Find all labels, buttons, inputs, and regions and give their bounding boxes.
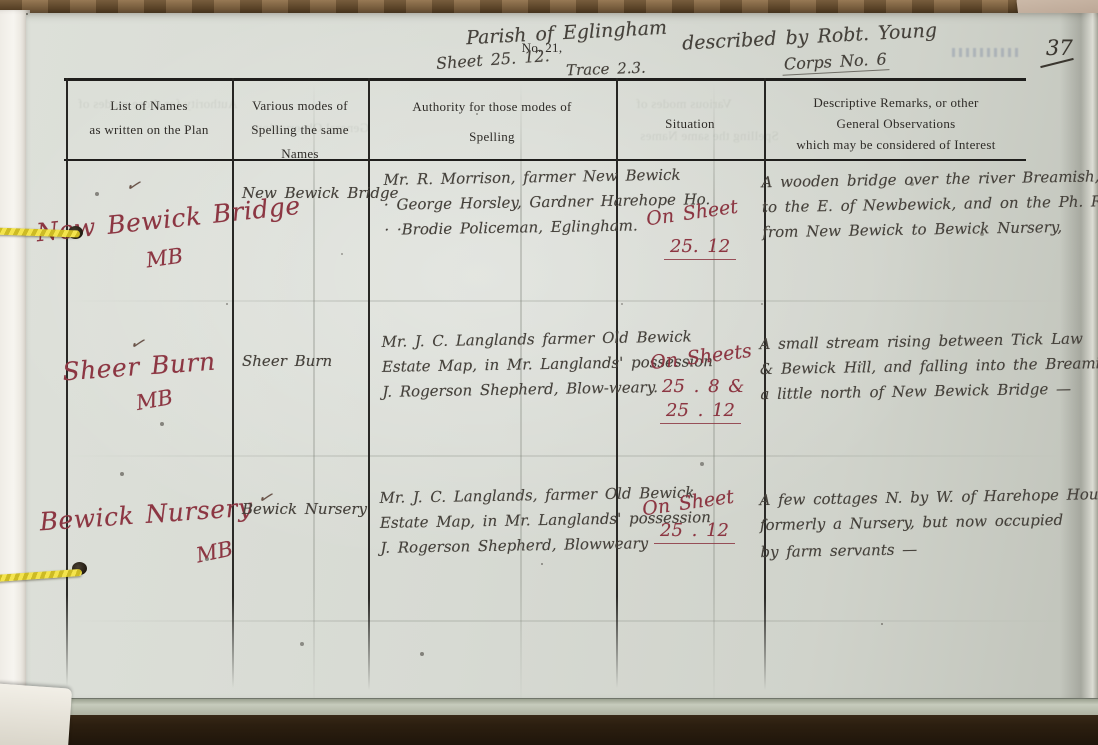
remarks-entry: A small stream rising between Tick Law &… xyxy=(759,329,1098,410)
header-authority: Authority for those modes of Spelling xyxy=(372,92,612,152)
header-names: List of Names as written on the Plan xyxy=(70,94,228,142)
situation-number-value: 25 . 12 xyxy=(654,520,735,544)
remarks-line: & Bewick Hill, and falling into the Brea… xyxy=(760,354,1098,378)
table-top-rule xyxy=(64,78,1026,81)
header-names-line2: as written on the Plan xyxy=(70,118,228,142)
page-fore-edge xyxy=(26,698,1098,715)
stacked-page-corners xyxy=(0,683,72,745)
header-spelling-line2: Spelling the same Names xyxy=(236,118,364,166)
remarks-line: from New Bewick to Bewick Nursery, xyxy=(762,217,1098,241)
column-divider-2 xyxy=(368,78,370,690)
situation-number: 25 . 12 xyxy=(654,520,735,544)
situation-number: 25. 12 xyxy=(664,236,736,260)
paper-crease xyxy=(66,620,1066,622)
paper-crease xyxy=(66,300,1066,302)
situation-number: 25 . 12 xyxy=(660,400,741,424)
remarks-line: a little north of New Bewick Bridge — xyxy=(760,379,1098,403)
paper-specks xyxy=(26,13,28,15)
remarks-entry: A wooden bridge over the river Breamish,… xyxy=(761,167,1098,248)
remarks-line: formerly a Nursery, but now occupied xyxy=(760,510,1098,534)
trace-number: Trace 2.3. xyxy=(566,59,646,80)
table-header-rule xyxy=(64,159,1026,161)
situation-number: 25 . 8 & xyxy=(662,376,744,397)
spelling-entry: Bewick Nursery xyxy=(242,500,367,518)
header-situation: Situation xyxy=(620,112,760,136)
header-remarks-line3: which may be considered of Interest xyxy=(768,134,1024,155)
situation-number-value: 25. 12 xyxy=(664,236,736,260)
remarks-line: by farm servants — xyxy=(760,537,1098,561)
column-divider-1 xyxy=(232,78,234,688)
scanned-name-book-page: Authority for those modes of General Obs… xyxy=(0,0,1098,745)
paper-crease xyxy=(66,455,1066,457)
ink-stamp xyxy=(952,48,1018,57)
show-through-text: Various modes of xyxy=(636,96,732,112)
header-authority-line1: Authority for those modes of xyxy=(372,92,612,122)
header-remarks-line2: General Observations xyxy=(768,113,1024,134)
header-authority-line2: Spelling xyxy=(372,122,612,152)
header-spelling-line1: Various modes of xyxy=(236,94,364,118)
header-names-line1: List of Names xyxy=(70,94,228,118)
remarks-entry: A few cottages N. by W. of Harehope Hous… xyxy=(759,485,1098,568)
paper-crease xyxy=(313,83,315,708)
page-number: 37 xyxy=(1046,36,1073,60)
header-remarks-line1: Descriptive Remarks, or other xyxy=(768,92,1024,113)
spelling-entry: New Bewick Bridge xyxy=(242,184,398,202)
remarks-line: to the E. of Newbewick, and on the Ph. R… xyxy=(762,192,1098,216)
spelling-entry: Sheer Burn xyxy=(242,352,332,370)
situation-number-value: 25 . 12 xyxy=(660,400,741,424)
header-remarks: Descriptive Remarks, or other General Ob… xyxy=(768,92,1024,155)
header-spelling: Various modes of Spelling the same Names xyxy=(236,94,364,166)
examiner-initials: MB xyxy=(145,244,185,273)
